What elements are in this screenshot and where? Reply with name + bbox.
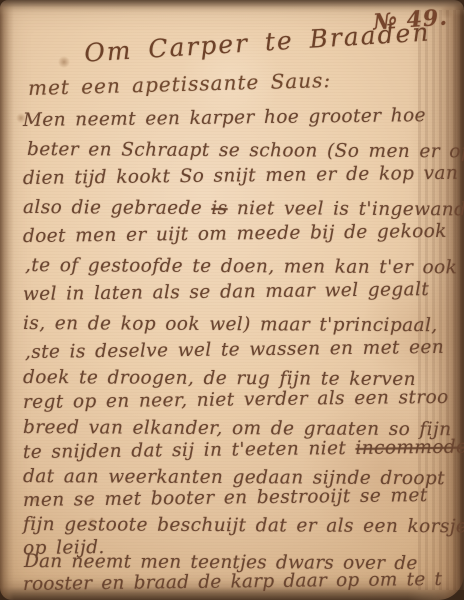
manuscript-line: men se met booter en bestrooijt se met [23,485,452,514]
struck-word: incommodeere [355,436,464,459]
recipe-title: Om Carper te Braaden [83,17,431,67]
recipe-subtitle: met een apetissante Saus: [28,68,332,100]
manuscript-line: wel in laten als se dan maar wel gegalt [23,279,452,313]
manuscript-photo: № 49. Om Carper te Braaden met een apeti… [0,0,464,600]
manuscript-line: ,ste is deselve wel te wassen en met een [23,337,452,367]
body-lines: Men neemt een karper hoe grooter hoebete… [23,110,452,597]
manuscript-line: te snijden dat sij in t'eeten niet incom… [23,437,452,466]
manuscript-line: doet men er uijt om meede bij de gekook [23,221,452,255]
manuscript-line: rooster en braad de karp daar op om te t [23,569,452,597]
manuscript-line: regt op en neer, niet verder als een str… [23,387,452,417]
manuscript-line: dien tijd kookt So snijt men er de kop v… [23,163,452,197]
manuscript-line: Men neemt een karper hoe grooter hoe [23,105,452,139]
struck-word: is [211,198,227,219]
manuscript-page: № 49. Om Carper te Braaden met een apeti… [0,0,464,600]
